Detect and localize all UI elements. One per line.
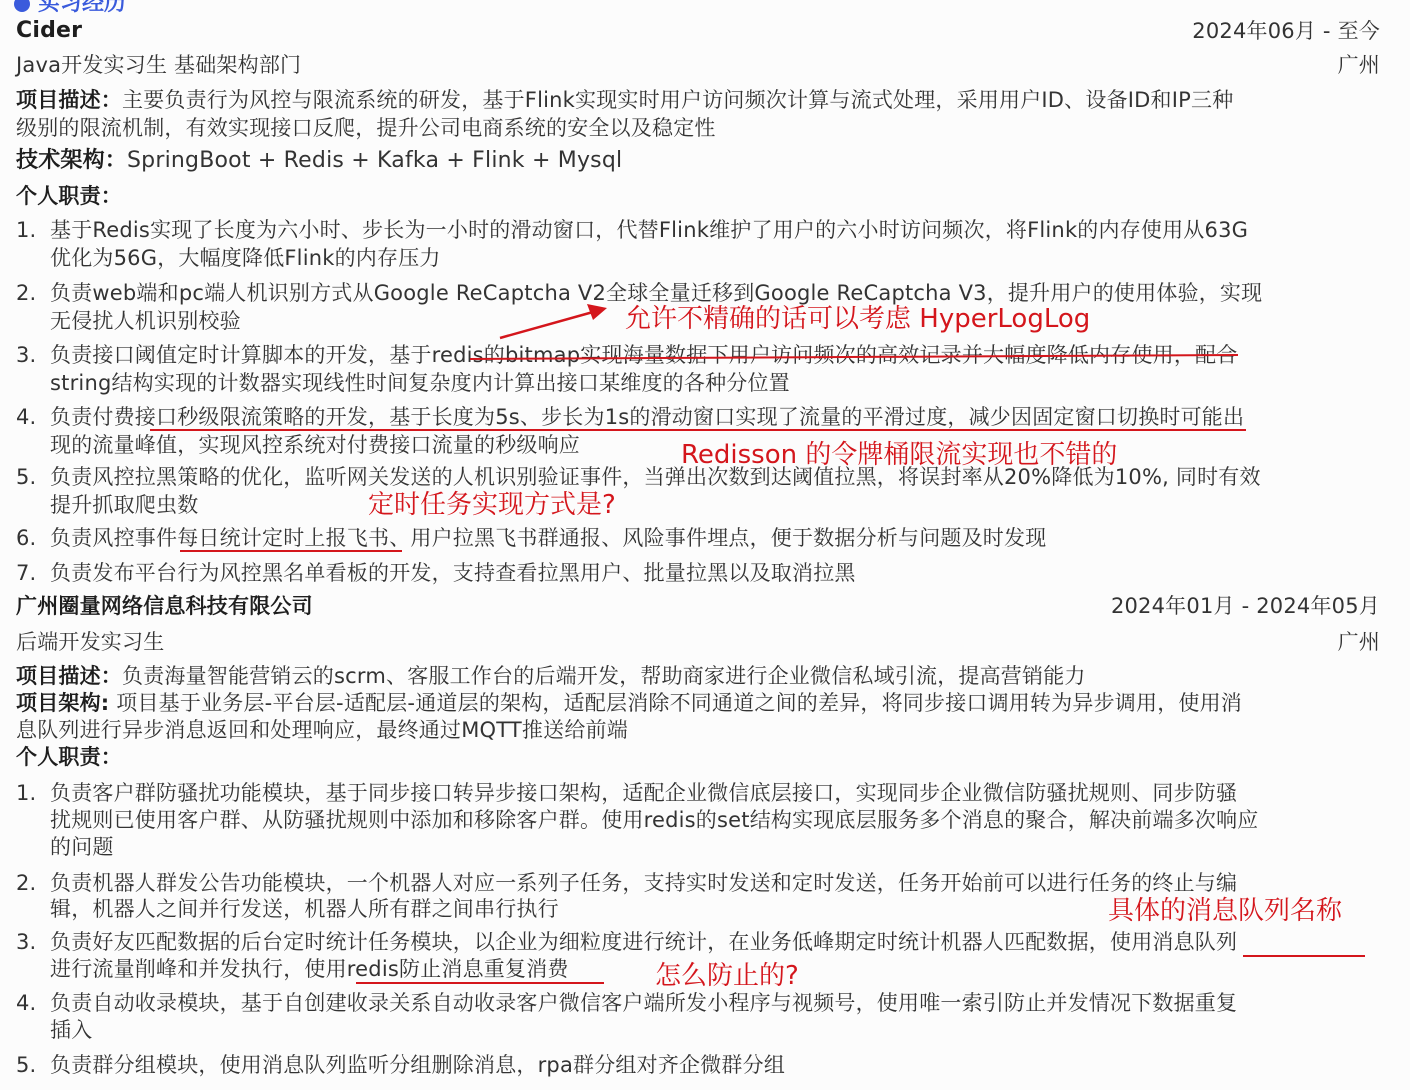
annotation-redisson: Redisson 的令牌桶限流实现也不错的 bbox=[681, 439, 1117, 471]
duty-item: 3.负责好友匹配数据的后台定时统计任务模块，以企业为细粒度进行统计，在业务低峰期… bbox=[16, 928, 1237, 956]
duty-item: 6.负责风控事件每日统计定时上报飞书、用户拉黑飞书群通报、风险事件埋点，便于数据… bbox=[16, 524, 1046, 552]
desc-label: 项目描述： bbox=[16, 664, 122, 688]
company-name: 广州圈量网络信息科技有限公司 bbox=[16, 592, 313, 620]
job-location: 广州 bbox=[1338, 628, 1380, 656]
duty-item-cont: 辑，机器人之间并行发送，机器人所有群之间串行执行 bbox=[50, 895, 559, 923]
arch-label: 项目架构: bbox=[16, 691, 109, 715]
arch-value: SpringBoot + Redis + Kafka + Flink + Mys… bbox=[127, 148, 622, 173]
duty-item-cont: 的问题 bbox=[50, 833, 114, 861]
duty-num: 5. bbox=[16, 463, 50, 491]
duty-item-cont: 现的流量峰值，实现风控系统对付费接口流量的秒级响应 bbox=[50, 431, 580, 459]
job-date: 2024年01月 - 2024年05月 bbox=[1111, 592, 1380, 620]
duty-text: 负责发布平台行为风控黑名单看板的开发，支持查看拉黑用户、批量拉黑以及取消拉黑 bbox=[50, 561, 856, 585]
duty-text: 基于Redis实现了长度为六小时、步长为一小时的滑动窗口，代替Flink维护了用… bbox=[50, 218, 1248, 242]
section-heading: 实习经历 bbox=[14, 0, 126, 17]
duty-num: 2. bbox=[16, 279, 50, 307]
arch-text: 项目基于业务层-平台层-适配层-通道层的架构，适配层消除不同通道之间的差异，将同… bbox=[109, 691, 1242, 715]
job-location: 广州 bbox=[1338, 51, 1380, 79]
duty-item: 2.负责机器人群发公告功能模块，一个机器人对应一系列子任务，支持实时发送和定时发… bbox=[16, 869, 1237, 897]
duty-item: 4.负责付费接口秒级限流策略的开发，基于长度为5s、步长为1s的滑动窗口实现了流… bbox=[16, 403, 1244, 431]
desc-label: 项目描述： bbox=[16, 88, 122, 112]
underline-mark bbox=[150, 429, 1246, 431]
project-description: 项目描述：负责海量智能营销云的scrm、客服工作台的后端开发，帮助商家进行企业微… bbox=[16, 662, 1086, 690]
desc-text: 主要负责行为风控与限流系统的研发，基于Flink实现实时用户访问频次计算与流式处… bbox=[122, 88, 1233, 112]
project-description-cont: 级别的限流机制，有效实现接口反爬，提升公司电商系统的安全以及稳定性 bbox=[16, 114, 716, 142]
job-role: Java开发实习生 基础架构部门 bbox=[16, 51, 301, 79]
duty-num: 3. bbox=[16, 341, 50, 369]
duty-item: 1.基于Redis实现了长度为六小时、步长为一小时的滑动窗口，代替Flink维护… bbox=[16, 216, 1248, 244]
duty-item-cont: string结构实现的计数器实现线性时间复杂度内计算出接口某维度的各种分位置 bbox=[50, 369, 790, 397]
duty-text: 负责付费接口秒级限流策略的开发，基于长度为5s、步长为1s的滑动窗口实现了流量的… bbox=[50, 405, 1244, 429]
duty-label: 个人职责： bbox=[16, 182, 122, 210]
duty-text: 负责风控事件每日统计定时上报飞书、用户拉黑飞书群通报、风险事件埋点，便于数据分析… bbox=[50, 526, 1046, 550]
duty-item: 7.负责发布平台行为风控黑名单看板的开发，支持查看拉黑用户、批量拉黑以及取消拉黑 bbox=[16, 559, 856, 587]
duty-num: 3. bbox=[16, 928, 50, 956]
underline-mark bbox=[356, 982, 604, 984]
project-architecture: 项目架构: 项目基于业务层-平台层-适配层-通道层的架构，适配层消除不同通道之间… bbox=[16, 689, 1242, 717]
duty-text: 负责web端和pc端人机识别方式从Google ReCaptcha V2全球全量… bbox=[50, 281, 1262, 305]
duty-item-cont: 提升抓取爬虫数 bbox=[50, 491, 198, 519]
duty-text: 负责机器人群发公告功能模块，一个机器人对应一系列子任务，支持实时发送和定时发送，… bbox=[50, 871, 1237, 895]
underline-mark bbox=[1243, 955, 1365, 957]
duty-item-cont: 扰规则已使用客户群、从防骚扰规则中添加和移除客户群。使用redis的set结构实… bbox=[50, 806, 1259, 834]
duty-text: 负责群分组模块，使用消息队列监听分组删除消息，rpa群分组对齐企微群分组 bbox=[50, 1053, 785, 1077]
duty-num: 2. bbox=[16, 869, 50, 897]
tech-stack: 技术架构：SpringBoot + Redis + Kafka + Flink … bbox=[16, 147, 622, 175]
duty-item: 4.负责自动收录模块，基于自创建收录关系自动收录客户微信客户端所发小程序与视频号… bbox=[16, 989, 1237, 1017]
duty-text: 负责好友匹配数据的后台定时统计任务模块，以企业为细粒度进行统计，在业务低峰期定时… bbox=[50, 930, 1237, 954]
duty-item-cont: 插入 bbox=[50, 1016, 92, 1044]
arrow-icon bbox=[495, 300, 615, 345]
duty-label: 个人职责： bbox=[16, 743, 122, 771]
job-date: 2024年06月 - 至今 bbox=[1192, 17, 1380, 45]
job-role: 后端开发实习生 bbox=[16, 628, 164, 656]
annotation-how-prevent: 怎么防止的? bbox=[655, 960, 799, 992]
section-bullet-icon bbox=[14, 0, 30, 12]
annotation-hyperloglog: 允许不精确的话可以考虑 HyperLogLog bbox=[625, 303, 1090, 335]
duty-item-cont: 无侵扰人机识别校验 bbox=[50, 307, 241, 335]
duty-text: 负责客户群防骚扰功能模块，基于同步接口转异步接口架构，适配企业微信底层接口，实现… bbox=[50, 781, 1237, 805]
project-description: 项目描述：主要负责行为风控与限流系统的研发，基于Flink实现实时用户访问频次计… bbox=[16, 86, 1233, 114]
section-title: 实习经历 bbox=[38, 0, 126, 16]
annotation-scheduled-task: 定时任务实现方式是? bbox=[368, 489, 616, 521]
duty-num: 4. bbox=[16, 403, 50, 431]
duty-text: 负责自动收录模块，基于自创建收录关系自动收录客户微信客户端所发小程序与视频号，使… bbox=[50, 991, 1237, 1015]
duty-num: 6. bbox=[16, 524, 50, 552]
duty-num: 7. bbox=[16, 559, 50, 587]
underline-mark bbox=[180, 550, 402, 552]
duty-item-cont: 进行流量削峰和并发执行，使用redis防止消息重复消费 bbox=[50, 955, 569, 983]
duty-item: 1.负责客户群防骚扰功能模块，基于同步接口转异步接口架构，适配企业微信底层接口，… bbox=[16, 779, 1237, 807]
project-architecture-cont: 息队列进行异步消息返回和处理响应，最终通过MQTT推送给前端 bbox=[16, 716, 628, 744]
duty-num: 4. bbox=[16, 989, 50, 1017]
duty-item: 5.负责群分组模块，使用消息队列监听分组删除消息，rpa群分组对齐企微群分组 bbox=[16, 1051, 785, 1079]
duty-num: 1. bbox=[16, 779, 50, 807]
desc-text: 负责海量智能营销云的scrm、客服工作台的后端开发，帮助商家进行企业微信私域引流… bbox=[122, 664, 1086, 688]
duty-item-cont: 优化为56G，大幅度降低Flink的内存压力 bbox=[50, 244, 441, 272]
duty-num: 1. bbox=[16, 216, 50, 244]
annotation-mq-name: 具体的消息队列名称 bbox=[1108, 895, 1342, 927]
arch-label: 技术架构： bbox=[16, 148, 127, 173]
company-name: Cider bbox=[16, 17, 82, 45]
duty-num: 5. bbox=[16, 1051, 50, 1079]
